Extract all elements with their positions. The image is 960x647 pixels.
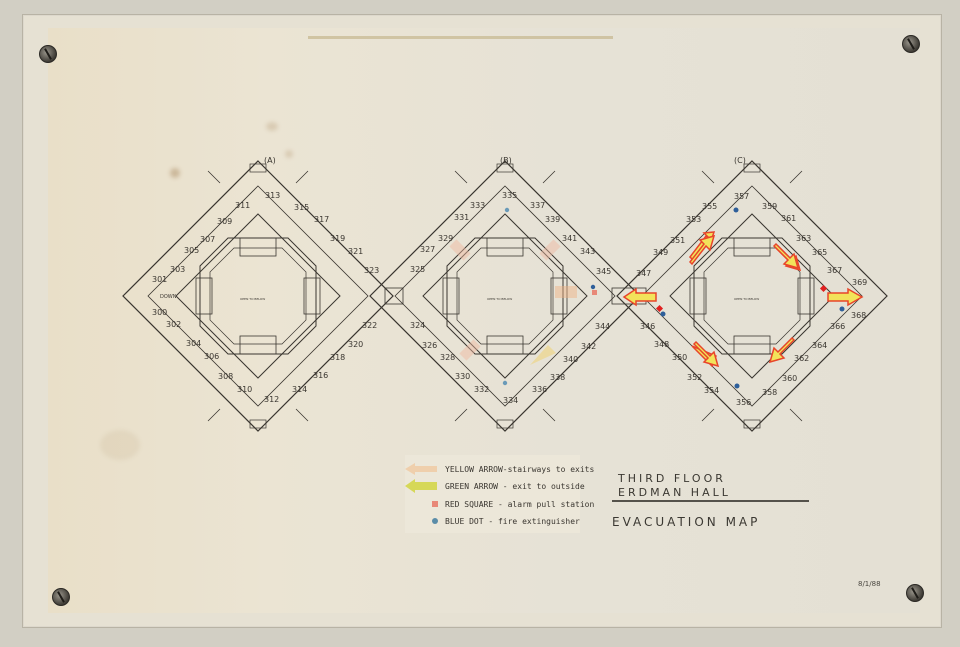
svg-text:332: 332 <box>474 385 489 394</box>
exit-arrow-icon <box>828 289 862 305</box>
svg-text:329: 329 <box>438 234 453 243</box>
svg-text:311: 311 <box>235 201 250 210</box>
svg-text:314: 314 <box>292 385 307 394</box>
section-c-label: (C) <box>734 156 746 165</box>
svg-text:328: 328 <box>440 353 455 362</box>
svg-text:301: 301 <box>152 275 167 284</box>
title-underline <box>612 500 809 502</box>
svg-text:351: 351 <box>670 236 685 245</box>
legend-item-red-square: RED SQUARE - alarm pull station <box>405 496 594 512</box>
svg-text:DOWN: DOWN <box>160 294 177 300</box>
svg-text:369: 369 <box>852 278 867 287</box>
svg-text:338: 338 <box>550 373 565 382</box>
svg-text:340: 340 <box>563 355 578 364</box>
svg-text:357: 357 <box>734 192 749 201</box>
green-arrow-icon <box>405 479 439 493</box>
svg-text:352: 352 <box>687 373 702 382</box>
svg-text:322: 322 <box>362 321 377 330</box>
svg-text:305: 305 <box>184 246 199 255</box>
legend-item-blue-dot: BLUE DOT - fire extinguisher <box>405 513 580 529</box>
svg-text:359: 359 <box>762 202 777 211</box>
svg-text:323: 323 <box>364 266 379 275</box>
svg-text:318: 318 <box>330 353 345 362</box>
svg-text:348: 348 <box>654 340 669 349</box>
floor-title: THIRD FLOOR <box>618 472 726 485</box>
yellow-arrow-icon <box>405 463 439 475</box>
svg-text:344: 344 <box>595 322 610 331</box>
svg-text:366: 366 <box>830 322 845 331</box>
svg-text:361: 361 <box>781 214 796 223</box>
svg-text:363: 363 <box>796 234 811 243</box>
svg-text:334: 334 <box>503 396 518 405</box>
svg-text:354: 354 <box>704 386 719 395</box>
svg-text:304: 304 <box>186 339 201 348</box>
svg-text:360: 360 <box>782 374 797 383</box>
svg-text:337: 337 <box>530 201 545 210</box>
svg-text:312: 312 <box>264 395 279 404</box>
svg-text:345: 345 <box>596 267 611 276</box>
building-name: ERDMAN HALL <box>618 486 731 499</box>
svg-text:313: 313 <box>265 191 280 200</box>
svg-text:341: 341 <box>562 234 577 243</box>
svg-text:324: 324 <box>410 321 425 330</box>
svg-text:336: 336 <box>532 385 547 394</box>
red-square-icon <box>431 500 439 508</box>
blue-dot-icon <box>431 517 439 525</box>
svg-text:326: 326 <box>422 341 437 350</box>
svg-text:331: 331 <box>454 213 469 222</box>
svg-text:308: 308 <box>218 372 233 381</box>
svg-text:333: 333 <box>470 201 485 210</box>
svg-text:317: 317 <box>314 215 329 224</box>
legend-item-green-arrow: GREEN ARROW - exit to outside <box>405 478 585 494</box>
svg-text:315: 315 <box>294 203 309 212</box>
svg-text:OPEN TO BELOW: OPEN TO BELOW <box>240 297 265 301</box>
map-legend: YELLOW ARROW-stairways to exits GREEN AR… <box>405 455 580 533</box>
svg-text:OPEN TO BELOW: OPEN TO BELOW <box>487 297 512 301</box>
svg-text:365: 365 <box>812 248 827 257</box>
svg-text:362: 362 <box>794 354 809 363</box>
svg-text:302: 302 <box>166 320 181 329</box>
map-subtitle: EVACUATION MAP <box>612 515 760 529</box>
exit-arrow-icon <box>624 289 656 305</box>
svg-text:358: 358 <box>762 388 777 397</box>
svg-text:349: 349 <box>653 248 668 257</box>
svg-text:367: 367 <box>827 266 842 275</box>
svg-text:350: 350 <box>672 353 687 362</box>
svg-text:342: 342 <box>581 342 596 351</box>
svg-text:339: 339 <box>545 215 560 224</box>
section-b-label: (B) <box>500 156 512 165</box>
svg-text:320: 320 <box>348 340 363 349</box>
svg-text:306: 306 <box>204 352 219 361</box>
svg-text:319: 319 <box>330 234 345 243</box>
svg-text:327: 327 <box>420 245 435 254</box>
svg-text:353: 353 <box>686 215 701 224</box>
svg-text:330: 330 <box>455 372 470 381</box>
svg-text:303: 303 <box>170 265 185 274</box>
svg-text:368: 368 <box>851 311 866 320</box>
svg-text:300: 300 <box>152 308 167 317</box>
svg-text:309: 309 <box>217 217 232 226</box>
svg-text:307: 307 <box>200 235 215 244</box>
svg-text:321: 321 <box>348 247 363 256</box>
svg-text:364: 364 <box>812 341 827 350</box>
svg-text:356: 356 <box>736 398 751 407</box>
section-a-label: (A) <box>264 156 276 165</box>
svg-text:355: 355 <box>702 202 717 211</box>
svg-text:343: 343 <box>580 247 595 256</box>
map-date: 8/1/88 <box>858 580 881 588</box>
room-labels: (A) (B) (C) 301 303 305 307 309 311 313 … <box>0 0 960 647</box>
svg-text:310: 310 <box>237 385 252 394</box>
svg-text:347: 347 <box>636 269 651 278</box>
legend-item-yellow-arrow: YELLOW ARROW-stairways to exits <box>405 461 594 477</box>
svg-text:OPEN TO BELOW: OPEN TO BELOW <box>734 297 759 301</box>
svg-text:316: 316 <box>313 371 328 380</box>
svg-text:325: 325 <box>410 265 425 274</box>
svg-text:335: 335 <box>502 191 517 200</box>
svg-text:346: 346 <box>640 322 655 331</box>
